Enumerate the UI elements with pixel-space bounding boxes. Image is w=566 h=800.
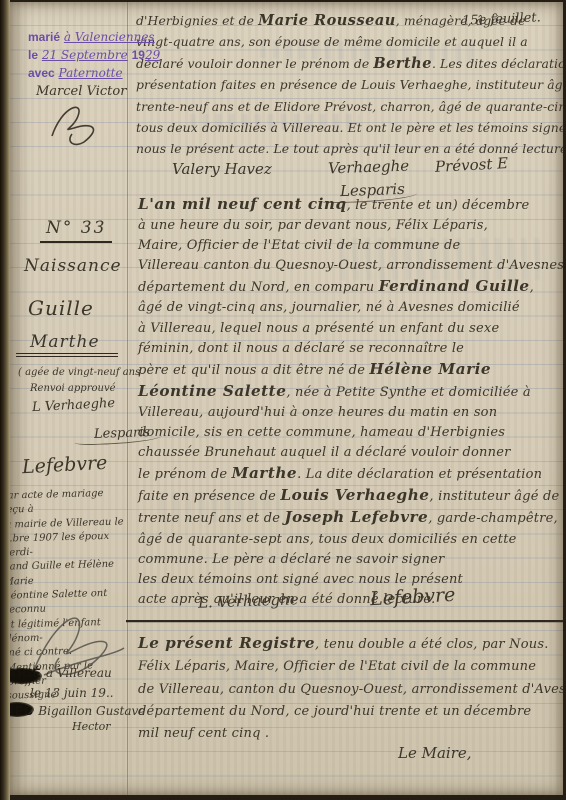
signature-lefebvre: Lefebvre	[369, 584, 455, 610]
act-line: père et qu'il nous a dit être né de Hélè…	[138, 359, 563, 381]
act-line: âgé de quarante-sept ans, tous deux domi…	[138, 530, 563, 550]
register-photograph: 15e feuillet. d'Herbignies et de Marie R…	[0, 0, 566, 800]
spouse-surname-bottom: Bigaillon Gustave	[38, 704, 145, 718]
spouse-given-bottom: Hector	[72, 720, 111, 733]
le-maire-label: Le Maire,	[398, 744, 472, 762]
closing-divider-rule	[126, 620, 563, 622]
marriage-date: 21 Septembre	[42, 48, 128, 62]
closing-line: mil neuf cent cinq .	[138, 723, 563, 745]
marriage-date-line: le 21 Septembre 1929	[28, 48, 160, 62]
stamp-word-le: le	[28, 48, 38, 62]
signature-valery-havez: Valery Havez	[172, 160, 272, 178]
child-given-name: Marthe	[30, 332, 100, 352]
act-line: Maire, Officier de l'Etat civil de la co…	[138, 236, 563, 256]
act-line: féminin, dont il nous a déclaré se recon…	[138, 339, 563, 359]
stamp-word-marie: marié	[28, 30, 60, 44]
closing-line: Félix Léparis, Maire, Officier de l'Etat…	[138, 656, 563, 678]
act-line: à une heure du soir, par devant nous, Fé…	[138, 216, 563, 236]
act-line: d'Herbignies et de Marie Rousseau, ménag…	[136, 10, 563, 31]
closing-line: de Villereau, canton du Quesnoy-Ouest, a…	[138, 679, 563, 701]
closing-line: département du Nord, ce jourd'hui trente…	[138, 701, 563, 723]
act-line: trente neuf ans et de Joseph Lefebvre, g…	[138, 507, 563, 529]
act-line: Villereau, aujourd'hui à onze heures du …	[138, 403, 563, 423]
renvoi-note-line2: Renvoi approuvé	[30, 382, 116, 396]
child-surname: Guille	[28, 296, 94, 320]
note-line: …bre 1907 les époux Ferdi-	[10, 529, 129, 561]
spouse-given-name: Marcel Victor	[36, 84, 126, 99]
register-closing-text: Le présent Registre, tenu double a été c…	[138, 632, 563, 745]
stamp-word-avec: avec	[28, 66, 55, 80]
marriage-annotation-1929: marié à Valenciennes	[28, 30, 155, 44]
signature-prevost: Prévost E	[435, 154, 509, 176]
act-line: Villereau canton du Quesnoy-Ouest, arron…	[138, 256, 563, 276]
margin-divider-rule	[16, 353, 118, 357]
stamp-word-19: 19	[132, 48, 145, 62]
book-binding-edge	[0, 0, 10, 800]
note-line: nand Guille et Hélène Marie	[10, 558, 130, 590]
act-number: N° 33	[40, 218, 112, 243]
act-line: déclaré vouloir donner le prénom de Bert…	[136, 53, 563, 74]
act-line: à Villereau, lequel nous a présenté un e…	[138, 319, 563, 339]
renvoi-note-line1: ( agée de vingt-neuf ans	[18, 366, 140, 380]
act-type: Naissance	[24, 256, 122, 276]
act-line: commune. Le père a déclaré ne savoir sig…	[138, 550, 563, 570]
act-line: vingt-quatre ans, son épouse de même dom…	[136, 31, 563, 52]
act-line: âgé de vingt-cinq ans, journalier, né à …	[138, 298, 563, 318]
act-line: L'an mil neuf cent cinq, le trente et un…	[138, 194, 563, 216]
signature-verhaeghe: Verhaeghe	[328, 157, 410, 178]
stamp-word-marie-bottom: MARIÉ	[10, 666, 42, 680]
note-line: Par acte de mariage reçu à	[10, 486, 128, 518]
marriage-date-bottom: le 13 juin 19..	[30, 686, 114, 700]
marriage-place: à Valenciennes	[64, 30, 155, 44]
register-page: 15e feuillet. d'Herbignies et de Marie R…	[10, 2, 563, 795]
spouse-surname: Paternotte	[59, 66, 123, 80]
marriage-place-bottom: à Villereau	[46, 666, 112, 680]
previous-act-text: d'Herbignies et de Marie Rousseau, ménag…	[136, 10, 563, 160]
act-line: domicile, sis en cette commune, hameau d…	[138, 423, 563, 443]
act-line: trente-neuf ans et de Elidore Prévost, c…	[136, 96, 563, 117]
act-line: le prénom de Marthe. La dite déclaration…	[138, 463, 563, 485]
act-line: Léontine Salette, née à Petite Synthe et…	[138, 381, 563, 403]
act-line: tous deux domiciliés à Villereau. Et ont…	[136, 117, 563, 138]
birth-act-text: L'an mil neuf cent cinq, le trente et un…	[138, 194, 563, 610]
stamp-word-avec-bottom: AVEC	[10, 704, 34, 718]
marriage-spouse-line: avec Paternotte	[28, 66, 123, 80]
renvoi-signature-verhaeghe: L Verhaeghe	[32, 396, 116, 415]
bottom-marriage-stamp-line2: AVEC Bigaillon Gustave	[10, 704, 145, 718]
act-line: les deux témoins ont signé avec nous le …	[138, 570, 563, 590]
marriage-year: 29	[145, 48, 160, 62]
bottom-marriage-stamp-line1: MARIÉ à Villereau	[10, 666, 112, 680]
signature-l-verhaeghe: L. Verhaeghe	[198, 590, 299, 612]
margin-signature-lefebvre: Lefebvre	[21, 452, 107, 478]
act-line: chaussée Brunehaut auquel il a déclaré v…	[138, 443, 563, 463]
act-line: faite en présence de Louis Verhaeghe, in…	[138, 485, 563, 507]
closing-line: Le présent Registre, tenu double a été c…	[138, 632, 563, 656]
act-line: présentation faites en présence de Louis…	[136, 74, 563, 95]
act-line: département du Nord, en comparu Ferdinan…	[138, 276, 563, 298]
paraph-flourish-icon	[44, 98, 114, 148]
